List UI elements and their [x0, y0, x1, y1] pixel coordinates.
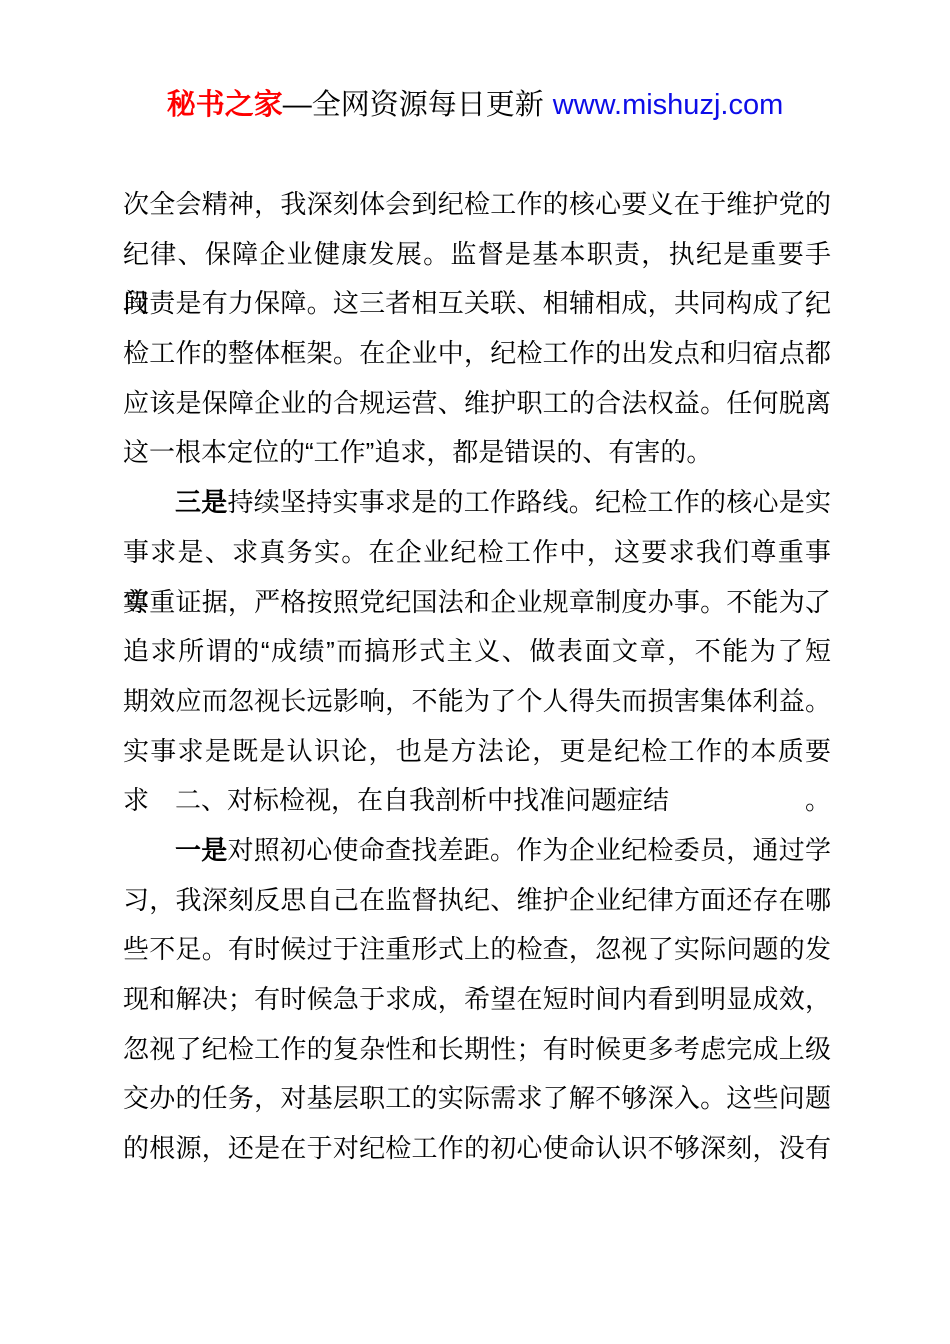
- text-line: 检工作的整体框架。在企业中，纪检工作的出发点和归宿点都: [123, 329, 831, 379]
- text-line: 忽视了纪检工作的复杂性和长期性；有时候更多考虑完成上级: [123, 1025, 831, 1075]
- text-line: 追求所谓的“成绩”而搞形式主义、做表面文章，不能为了短: [123, 627, 831, 677]
- text-line: 事求是、求真务实。在企业纪检工作中，这要求我们尊重事实、: [123, 528, 831, 578]
- text-line: 尊重证据，严格按照党纪国法和企业规章制度办事。不能为了: [123, 578, 831, 628]
- line-text: 交办的任务，对基层职工的实际需求了解不够深入。这些问题: [123, 1083, 831, 1113]
- site-tagline: —全网资源每日更新: [283, 89, 544, 121]
- site-url: www.mishuzj.com: [553, 89, 783, 121]
- text-line: 期效应而忽视长远影响，不能为了个人得失而损害集体利益。: [123, 677, 831, 727]
- line-text: 追求所谓的“成绩”而搞形式主义、做表面文章，不能为了短: [123, 636, 831, 666]
- line-text: 检工作的整体框架。在企业中，纪检工作的出发点和归宿点都: [123, 338, 831, 368]
- text-line: 次全会精神，我深刻体会到纪检工作的核心要义在于维护党的: [123, 180, 831, 230]
- text-line: 的根源，还是在于对纪检工作的初心使命认识不够深刻，没有: [123, 1124, 831, 1174]
- line-text: 忽视了纪检工作的复杂性和长期性；有时候更多考虑完成上级: [123, 1034, 831, 1064]
- text-line: 交办的任务，对基层职工的实际需求了解不够深入。这些问题: [123, 1074, 831, 1124]
- line-text: 二、对标检视，在自我剖析中找准问题症结: [175, 785, 669, 815]
- document-body: 次全会精神，我深刻体会到纪检工作的核心要义在于维护党的纪律、保障企业健康发展。监…: [123, 180, 831, 1174]
- line-text: 持续坚持实事求是的工作路线。纪检工作的核心是实: [228, 487, 831, 517]
- site-brand: 秘书之家: [167, 89, 283, 121]
- text-line: 些不足。有时候过于注重形式上的检查，忽视了实际问题的发: [123, 925, 831, 975]
- line-text: 尊重证据，严格按照党纪国法和企业规章制度办事。不能为了: [123, 587, 831, 617]
- line-text: 些不足。有时候过于注重形式上的检查，忽视了实际问题的发: [123, 934, 831, 964]
- line-text: 问责是有力保障。这三者相互关联、相辅相成，共同构成了纪: [123, 288, 831, 318]
- line-text: 对照初心使命查找差距。作为企业纪检委员，通过学: [228, 835, 831, 865]
- paragraph-lead-bold: 三是: [175, 487, 228, 517]
- paragraph-lead-bold: 一是: [175, 835, 228, 865]
- text-line: 现和解决；有时候急于求成，希望在短时间内看到明显成效，: [123, 975, 831, 1025]
- line-text: 这一根本定位的“工作”追求，都是错误的、有害的。: [123, 437, 712, 467]
- text-line: 应该是保障企业的合规运营、维护职工的合法权益。任何脱离: [123, 379, 831, 429]
- line-text: 期效应而忽视长远影响，不能为了个人得失而损害集体利益。: [123, 686, 831, 716]
- site-header: 秘书之家—全网资源每日更新www.mishuzj.com: [0, 87, 950, 124]
- line-text: 的根源，还是在于对纪检工作的初心使命认识不够深刻，没有: [123, 1133, 831, 1163]
- text-line: 这一根本定位的“工作”追求，都是错误的、有害的。: [123, 428, 831, 478]
- text-line: 实事求是既是认识论，也是方法论，更是纪检工作的本质要求。: [123, 727, 831, 777]
- text-line: 习，我深刻反思自己在监督执纪、维护企业纪律方面还存在哪: [123, 876, 831, 926]
- line-text: 次全会精神，我深刻体会到纪检工作的核心要义在于维护党的: [123, 189, 831, 219]
- text-line: 三是持续坚持实事求是的工作路线。纪检工作的核心是实: [123, 478, 831, 528]
- line-text: 应该是保障企业的合规运营、维护职工的合法权益。任何脱离: [123, 388, 831, 418]
- text-line: 纪律、保障企业健康发展。监督是基本职责，执纪是重要手段，: [123, 230, 831, 280]
- text-line: 问责是有力保障。这三者相互关联、相辅相成，共同构成了纪: [123, 279, 831, 329]
- line-text: 现和解决；有时候急于求成，希望在短时间内看到明显成效，: [123, 984, 831, 1014]
- document-page: 秘书之家—全网资源每日更新www.mishuzj.com 次全会精神，我深刻体会…: [0, 0, 950, 1344]
- text-line: 一是对照初心使命查找差距。作为企业纪检委员，通过学: [123, 826, 831, 876]
- line-text: 习，我深刻反思自己在监督执纪、维护企业纪律方面还存在哪: [123, 885, 831, 915]
